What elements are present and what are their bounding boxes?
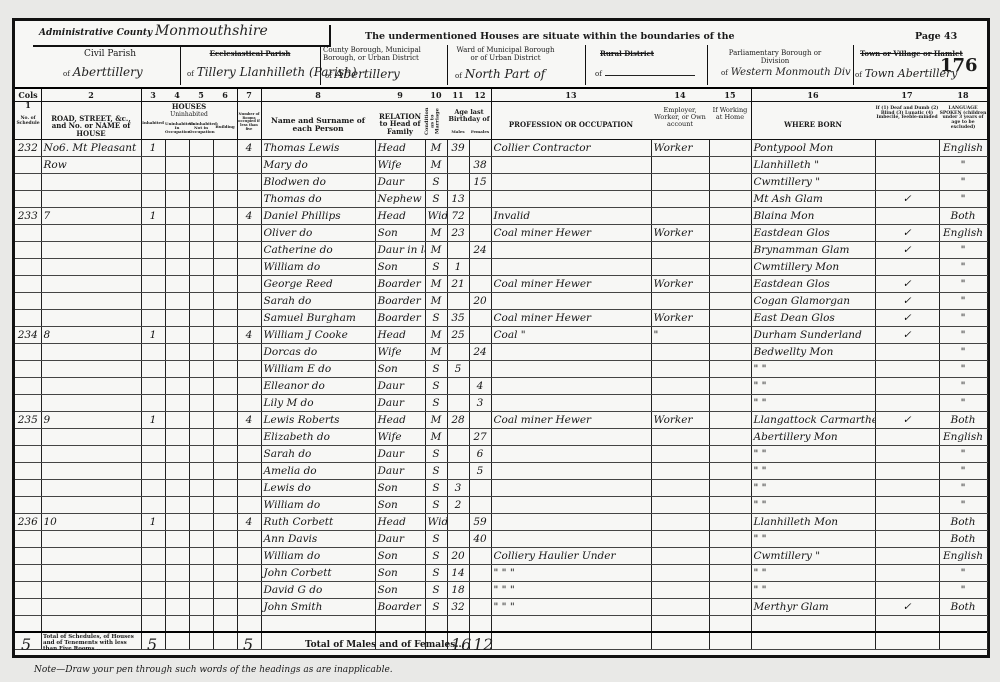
schedule-number-cell — [15, 446, 41, 463]
col-head-not-in-occupation: Uninhabited: Not in Occupation — [189, 122, 213, 135]
schedule-number-cell — [15, 463, 41, 480]
address-cell — [41, 531, 141, 548]
working-at-home-cell — [709, 446, 751, 463]
infirmity-cell — [875, 208, 939, 225]
language-cell: " — [939, 259, 987, 276]
address-cell — [41, 429, 141, 446]
occupation-cell: Coal miner Hewer — [491, 412, 651, 429]
col-num-9: 9 — [375, 90, 425, 100]
building-cell — [213, 480, 237, 497]
inhabited-cell — [141, 242, 165, 259]
age-male-cell — [447, 616, 469, 633]
employment-status-cell — [651, 174, 709, 191]
person-name-cell: William do — [261, 259, 375, 276]
address-cell — [41, 446, 141, 463]
language-cell: " — [939, 497, 987, 514]
in-occupation-cell — [165, 463, 189, 480]
age-male-cell — [447, 514, 469, 531]
language-cell: " — [939, 565, 987, 582]
age-female-cell — [469, 412, 491, 429]
marital-condition-cell: M — [425, 276, 447, 293]
relation-cell: Boarder — [375, 276, 425, 293]
birthplace-cell: Mt Ash Glam — [751, 191, 875, 208]
civil-parish-of: of — [63, 70, 70, 78]
rural-district-value — [605, 75, 695, 76]
houses-statement: The undermentioned Houses are situate wi… — [365, 31, 735, 42]
census-page: Administrative County Monmouthshire The … — [12, 18, 990, 658]
age-male-cell: 5 — [447, 361, 469, 378]
not-in-occupation-cell — [189, 480, 213, 497]
infirmity-cell: ✓ — [875, 191, 939, 208]
language-cell: " — [939, 582, 987, 599]
occupation-cell — [491, 242, 651, 259]
in-occupation-cell — [165, 276, 189, 293]
relation-cell: Nephew — [375, 191, 425, 208]
not-in-occupation-cell — [189, 446, 213, 463]
person-name-cell: Daniel Phillips — [261, 208, 375, 225]
table-row: Oliver doSonM23Coal miner HewerWorkerEas… — [15, 225, 987, 242]
age-female-cell — [469, 480, 491, 497]
birthplace-cell: Abertillery Mon — [751, 429, 875, 446]
occupation-cell — [491, 395, 651, 412]
age-male-cell: 1 — [447, 259, 469, 276]
col-head-language: LANGUAGE SPOKEN (children under 3 years … — [939, 107, 987, 131]
occupation-cell — [491, 463, 651, 480]
col-head-road: ROAD, STREET, &c., and No. or NAME of HO… — [43, 115, 139, 137]
inhabited-cell — [141, 548, 165, 565]
relation-cell: Son — [375, 259, 425, 276]
schedule-number-cell: 233 — [15, 208, 41, 225]
relation-cell: Son — [375, 548, 425, 565]
working-at-home-cell — [709, 514, 751, 531]
person-name-cell: Elizabeth do — [261, 429, 375, 446]
language-cell: Both — [939, 514, 987, 531]
town-village-label: Town or Village or Hamlet — [860, 49, 963, 58]
relation-cell: Head — [375, 514, 425, 531]
rooms-cell — [237, 480, 261, 497]
employment-status-cell — [651, 429, 709, 446]
infirmity-cell: ✓ — [875, 242, 939, 259]
relation-cell: Wife — [375, 157, 425, 174]
employment-status-cell — [651, 242, 709, 259]
in-occupation-cell — [165, 395, 189, 412]
language-cell: Both — [939, 412, 987, 429]
language-cell: English — [939, 548, 987, 565]
infirmity-cell — [875, 446, 939, 463]
occupation-cell — [491, 429, 651, 446]
marital-condition-cell: S — [425, 463, 447, 480]
infirmity-cell — [875, 429, 939, 446]
rooms-cell — [237, 582, 261, 599]
table-row: Thomas doNephewS13Mt Ash Glam✓" — [15, 191, 987, 208]
ward-of: of — [455, 72, 462, 80]
inhabited-cell — [141, 446, 165, 463]
rooms-cell: 4 — [237, 208, 261, 225]
building-cell — [213, 259, 237, 276]
birthplace-cell: " " — [751, 531, 875, 548]
address-cell — [41, 616, 141, 633]
in-occupation-cell — [165, 174, 189, 191]
birthplace-cell: Cogan Glamorgan — [751, 293, 875, 310]
town-village-value: Town Abertillery — [865, 67, 958, 80]
col-head-employer: Employer, Worker, or Own account — [651, 107, 709, 127]
ward-value: North Part of — [465, 67, 546, 81]
employment-status-cell — [651, 395, 709, 412]
relation-cell — [375, 616, 425, 633]
ward-label: Ward of Municipal Borough or of Urban Di… — [453, 47, 558, 62]
col-num-8: 8 — [261, 90, 375, 100]
employment-status-cell: Worker — [651, 225, 709, 242]
address-cell — [41, 259, 141, 276]
in-occupation-cell — [165, 429, 189, 446]
building-cell — [213, 242, 237, 259]
birthplace-cell: " " — [751, 446, 875, 463]
language-cell: " — [939, 157, 987, 174]
language-cell: " — [939, 446, 987, 463]
age-male-cell — [447, 344, 469, 361]
age-male-cell: 14 — [447, 565, 469, 582]
inhabited-cell — [141, 174, 165, 191]
rooms-cell — [237, 242, 261, 259]
not-in-occupation-cell — [189, 565, 213, 582]
rooms-cell: 4 — [237, 140, 261, 157]
occupation-cell: Invalid — [491, 208, 651, 225]
birthplace-cell: Cwmtillery " — [751, 548, 875, 565]
birthplace-cell: " " — [751, 582, 875, 599]
employment-status-cell — [651, 480, 709, 497]
not-in-occupation-cell — [189, 259, 213, 276]
rooms-cell — [237, 310, 261, 327]
infirmity-cell — [875, 582, 939, 599]
rooms-cell — [237, 531, 261, 548]
age-female-cell — [469, 276, 491, 293]
marital-condition-cell: Wid — [425, 514, 447, 531]
address-cell: 7 — [41, 208, 141, 225]
marital-condition-cell: M — [425, 140, 447, 157]
person-name-cell: William J Cooke — [261, 327, 375, 344]
working-at-home-cell — [709, 310, 751, 327]
language-cell: " — [939, 242, 987, 259]
language-cell: " — [939, 378, 987, 395]
total-tenements: 5 — [243, 635, 253, 654]
occupation-cell: " " " — [491, 599, 651, 616]
rooms-cell — [237, 259, 261, 276]
inhabited-cell — [141, 276, 165, 293]
address-cell — [41, 480, 141, 497]
building-cell — [213, 514, 237, 531]
relation-cell: Daur — [375, 395, 425, 412]
age-female-cell: 15 — [469, 174, 491, 191]
marital-condition-cell: S — [425, 446, 447, 463]
rooms-cell — [237, 497, 261, 514]
schedule-number-cell: 232 — [15, 140, 41, 157]
table-row: 232No6. Mt Pleasant14Thomas LewisHeadM39… — [15, 140, 987, 157]
birthplace-cell: Cwmtillery Mon — [751, 259, 875, 276]
table-row: 2361014Ruth CorbettHeadWid59Llanhilleth … — [15, 514, 987, 531]
in-occupation-cell — [165, 378, 189, 395]
col-num-18: 18 — [939, 90, 987, 100]
table-row: Blodwen doDaurS15Cwmtillery "" — [15, 174, 987, 191]
birthplace-cell: Brynamman Glam — [751, 242, 875, 259]
rooms-cell — [237, 565, 261, 582]
building-cell — [213, 157, 237, 174]
inhabited-cell — [141, 157, 165, 174]
age-male-cell: 25 — [447, 327, 469, 344]
schedule-number-cell — [15, 429, 41, 446]
not-in-occupation-cell — [189, 208, 213, 225]
employment-status-cell: Worker — [651, 140, 709, 157]
in-occupation-cell — [165, 191, 189, 208]
table-row — [15, 616, 987, 633]
employment-status-cell — [651, 208, 709, 225]
marital-condition-cell: S — [425, 531, 447, 548]
working-at-home-cell — [709, 378, 751, 395]
relation-cell: Daur — [375, 463, 425, 480]
rooms-cell: 4 — [237, 412, 261, 429]
occupation-cell: Coal miner Hewer — [491, 225, 651, 242]
inhabited-cell — [141, 429, 165, 446]
relation-cell: Son — [375, 582, 425, 599]
table-row: Elizabeth doWifeM27Abertillery MonEnglis… — [15, 429, 987, 446]
relation-cell: Boarder — [375, 599, 425, 616]
schedule-number-cell — [15, 616, 41, 633]
age-male-cell: 32 — [447, 599, 469, 616]
schedule-number-cell — [15, 548, 41, 565]
in-occupation-cell — [165, 310, 189, 327]
table-row: William doSonS20Colliery Haulier UnderCw… — [15, 548, 987, 565]
working-at-home-cell — [709, 463, 751, 480]
address-cell — [41, 293, 141, 310]
employment-status-cell — [651, 497, 709, 514]
not-in-occupation-cell — [189, 395, 213, 412]
table-row: William doSonS2" "" — [15, 497, 987, 514]
working-at-home-cell — [709, 327, 751, 344]
marital-condition-cell: M — [425, 293, 447, 310]
person-name-cell: Ruth Corbett — [261, 514, 375, 531]
occupation-cell — [491, 616, 651, 633]
infirmity-cell — [875, 378, 939, 395]
infirmity-cell — [875, 497, 939, 514]
building-cell — [213, 565, 237, 582]
in-occupation-cell — [165, 157, 189, 174]
person-name-cell: William do — [261, 497, 375, 514]
working-at-home-cell — [709, 344, 751, 361]
relation-cell: Boarder — [375, 293, 425, 310]
schedule-number-cell: 236 — [15, 514, 41, 531]
birthplace-cell: " " — [751, 361, 875, 378]
inhabited-cell — [141, 361, 165, 378]
occupation-cell — [491, 157, 651, 174]
age-female-cell: 5 — [469, 463, 491, 480]
person-name-cell: Dorcas do — [261, 344, 375, 361]
age-male-cell: 35 — [447, 310, 469, 327]
in-occupation-cell — [165, 548, 189, 565]
age-female-cell: 24 — [469, 242, 491, 259]
building-cell — [213, 395, 237, 412]
age-male-cell: 13 — [447, 191, 469, 208]
working-at-home-cell — [709, 174, 751, 191]
building-cell — [213, 344, 237, 361]
table-row: John SmithBoarderS32" " "Merthyr Glam✓Bo… — [15, 599, 987, 616]
marital-condition-cell: S — [425, 548, 447, 565]
working-at-home-cell — [709, 497, 751, 514]
col-head-females: Females — [469, 130, 491, 134]
birthplace-cell: Eastdean Glos — [751, 276, 875, 293]
table-row: RowMary doWifeM38Llanhilleth "" — [15, 157, 987, 174]
birthplace-cell: Blaina Mon — [751, 208, 875, 225]
birthplace-cell: Bedwellty Mon — [751, 344, 875, 361]
col-num-6: 6 — [213, 90, 237, 100]
rooms-cell — [237, 616, 261, 633]
language-cell: " — [939, 344, 987, 361]
schedule-number-cell — [15, 157, 41, 174]
not-in-occupation-cell — [189, 191, 213, 208]
not-in-occupation-cell — [189, 548, 213, 565]
not-in-occupation-cell — [189, 616, 213, 633]
infirmity-cell: ✓ — [875, 293, 939, 310]
address-cell — [41, 548, 141, 565]
not-in-occupation-cell — [189, 310, 213, 327]
address-cell — [41, 174, 141, 191]
divider — [585, 45, 586, 85]
rooms-cell — [237, 548, 261, 565]
rooms-cell — [237, 293, 261, 310]
marital-condition-cell: S — [425, 378, 447, 395]
rooms-cell — [237, 378, 261, 395]
col-head-name: Name and Surname of each Person — [263, 117, 373, 133]
infirmity-cell — [875, 140, 939, 157]
county-borough-of: of — [325, 72, 332, 80]
marital-condition-cell: M — [425, 412, 447, 429]
inhabited-cell — [141, 582, 165, 599]
birthplace-cell: " " — [751, 565, 875, 582]
age-male-cell: 72 — [447, 208, 469, 225]
building-cell — [213, 531, 237, 548]
infirmity-cell: ✓ — [875, 599, 939, 616]
age-female-cell — [469, 208, 491, 225]
relation-cell: Daur — [375, 174, 425, 191]
age-male-cell — [447, 446, 469, 463]
schedule-number-cell — [15, 276, 41, 293]
inhabited-cell: 1 — [141, 514, 165, 531]
divider — [320, 45, 321, 85]
address-cell — [41, 565, 141, 582]
total-schedules-label: Total of Schedules, of Houses and of Ten… — [43, 634, 139, 652]
working-at-home-cell — [709, 395, 751, 412]
table-row: Sarah doBoarderM20Cogan Glamorgan✓" — [15, 293, 987, 310]
inhabited-cell — [141, 378, 165, 395]
marital-condition-cell: S — [425, 497, 447, 514]
age-female-cell — [469, 140, 491, 157]
age-female-cell — [469, 548, 491, 565]
address-cell — [41, 276, 141, 293]
employment-status-cell — [651, 531, 709, 548]
not-in-occupation-cell — [189, 429, 213, 446]
birthplace-cell: Eastdean Glos — [751, 225, 875, 242]
rooms-cell — [237, 191, 261, 208]
employment-status-cell: Worker — [651, 310, 709, 327]
infirmity-cell — [875, 565, 939, 582]
infirmity-cell — [875, 463, 939, 480]
infirmity-cell — [875, 344, 939, 361]
language-cell: " — [939, 480, 987, 497]
person-name-cell: Amelia do — [261, 463, 375, 480]
schedule-number-cell — [15, 378, 41, 395]
rural-district-of: of — [595, 70, 602, 78]
person-name-cell — [261, 616, 375, 633]
employment-status-cell — [651, 548, 709, 565]
occupation-cell — [491, 259, 651, 276]
table-row: Amelia doDaurS5" "" — [15, 463, 987, 480]
infirmity-cell — [875, 174, 939, 191]
person-name-cell: Thomas Lewis — [261, 140, 375, 157]
marital-condition-cell: S — [425, 565, 447, 582]
schedule-number-cell — [15, 310, 41, 327]
employment-status-cell — [651, 157, 709, 174]
building-cell — [213, 616, 237, 633]
inhabited-cell: 1 — [141, 412, 165, 429]
person-name-cell: Mary do — [261, 157, 375, 174]
relation-cell: Son — [375, 565, 425, 582]
relation-cell: Head — [375, 327, 425, 344]
working-at-home-cell — [709, 276, 751, 293]
table-row: John CorbettSonS14" " "" "" — [15, 565, 987, 582]
building-cell — [213, 548, 237, 565]
marital-condition-cell: S — [425, 480, 447, 497]
total-females: 12 — [473, 635, 493, 654]
not-in-occupation-cell — [189, 378, 213, 395]
table-row: Lewis doSonS3" "" — [15, 480, 987, 497]
age-male-cell — [447, 395, 469, 412]
person-name-cell: Oliver do — [261, 225, 375, 242]
relation-cell: Son — [375, 361, 425, 378]
age-female-cell — [469, 191, 491, 208]
age-female-cell — [469, 310, 491, 327]
not-in-occupation-cell — [189, 412, 213, 429]
working-at-home-cell — [709, 259, 751, 276]
building-cell — [213, 327, 237, 344]
person-name-cell: Elleanor do — [261, 378, 375, 395]
occupation-cell: " " " — [491, 582, 651, 599]
language-cell: " — [939, 327, 987, 344]
employment-status-cell — [651, 361, 709, 378]
working-at-home-cell — [709, 565, 751, 582]
inhabited-cell: 1 — [141, 208, 165, 225]
person-name-cell: John Smith — [261, 599, 375, 616]
address-cell: 9 — [41, 412, 141, 429]
language-cell: " — [939, 395, 987, 412]
total-males-females-label: Total of Males and of Females... — [305, 640, 465, 650]
col-num-15: 15 — [709, 90, 751, 100]
age-female-cell — [469, 225, 491, 242]
inhabited-cell — [141, 463, 165, 480]
language-cell: " — [939, 191, 987, 208]
address-cell — [41, 361, 141, 378]
age-male-cell — [447, 531, 469, 548]
employment-status-cell — [651, 378, 709, 395]
age-male-cell: 28 — [447, 412, 469, 429]
age-female-cell — [469, 361, 491, 378]
parliamentary-borough-of: of — [721, 69, 728, 77]
language-cell: " — [939, 463, 987, 480]
rooms-cell — [237, 361, 261, 378]
person-name-cell: Catherine do — [261, 242, 375, 259]
working-at-home-cell — [709, 548, 751, 565]
col-num-1: Cols 1 — [15, 90, 41, 110]
occupation-cell: Coal miner Hewer — [491, 276, 651, 293]
schedule-number-cell — [15, 480, 41, 497]
table-row: William doSonS1Cwmtillery Mon" — [15, 259, 987, 276]
